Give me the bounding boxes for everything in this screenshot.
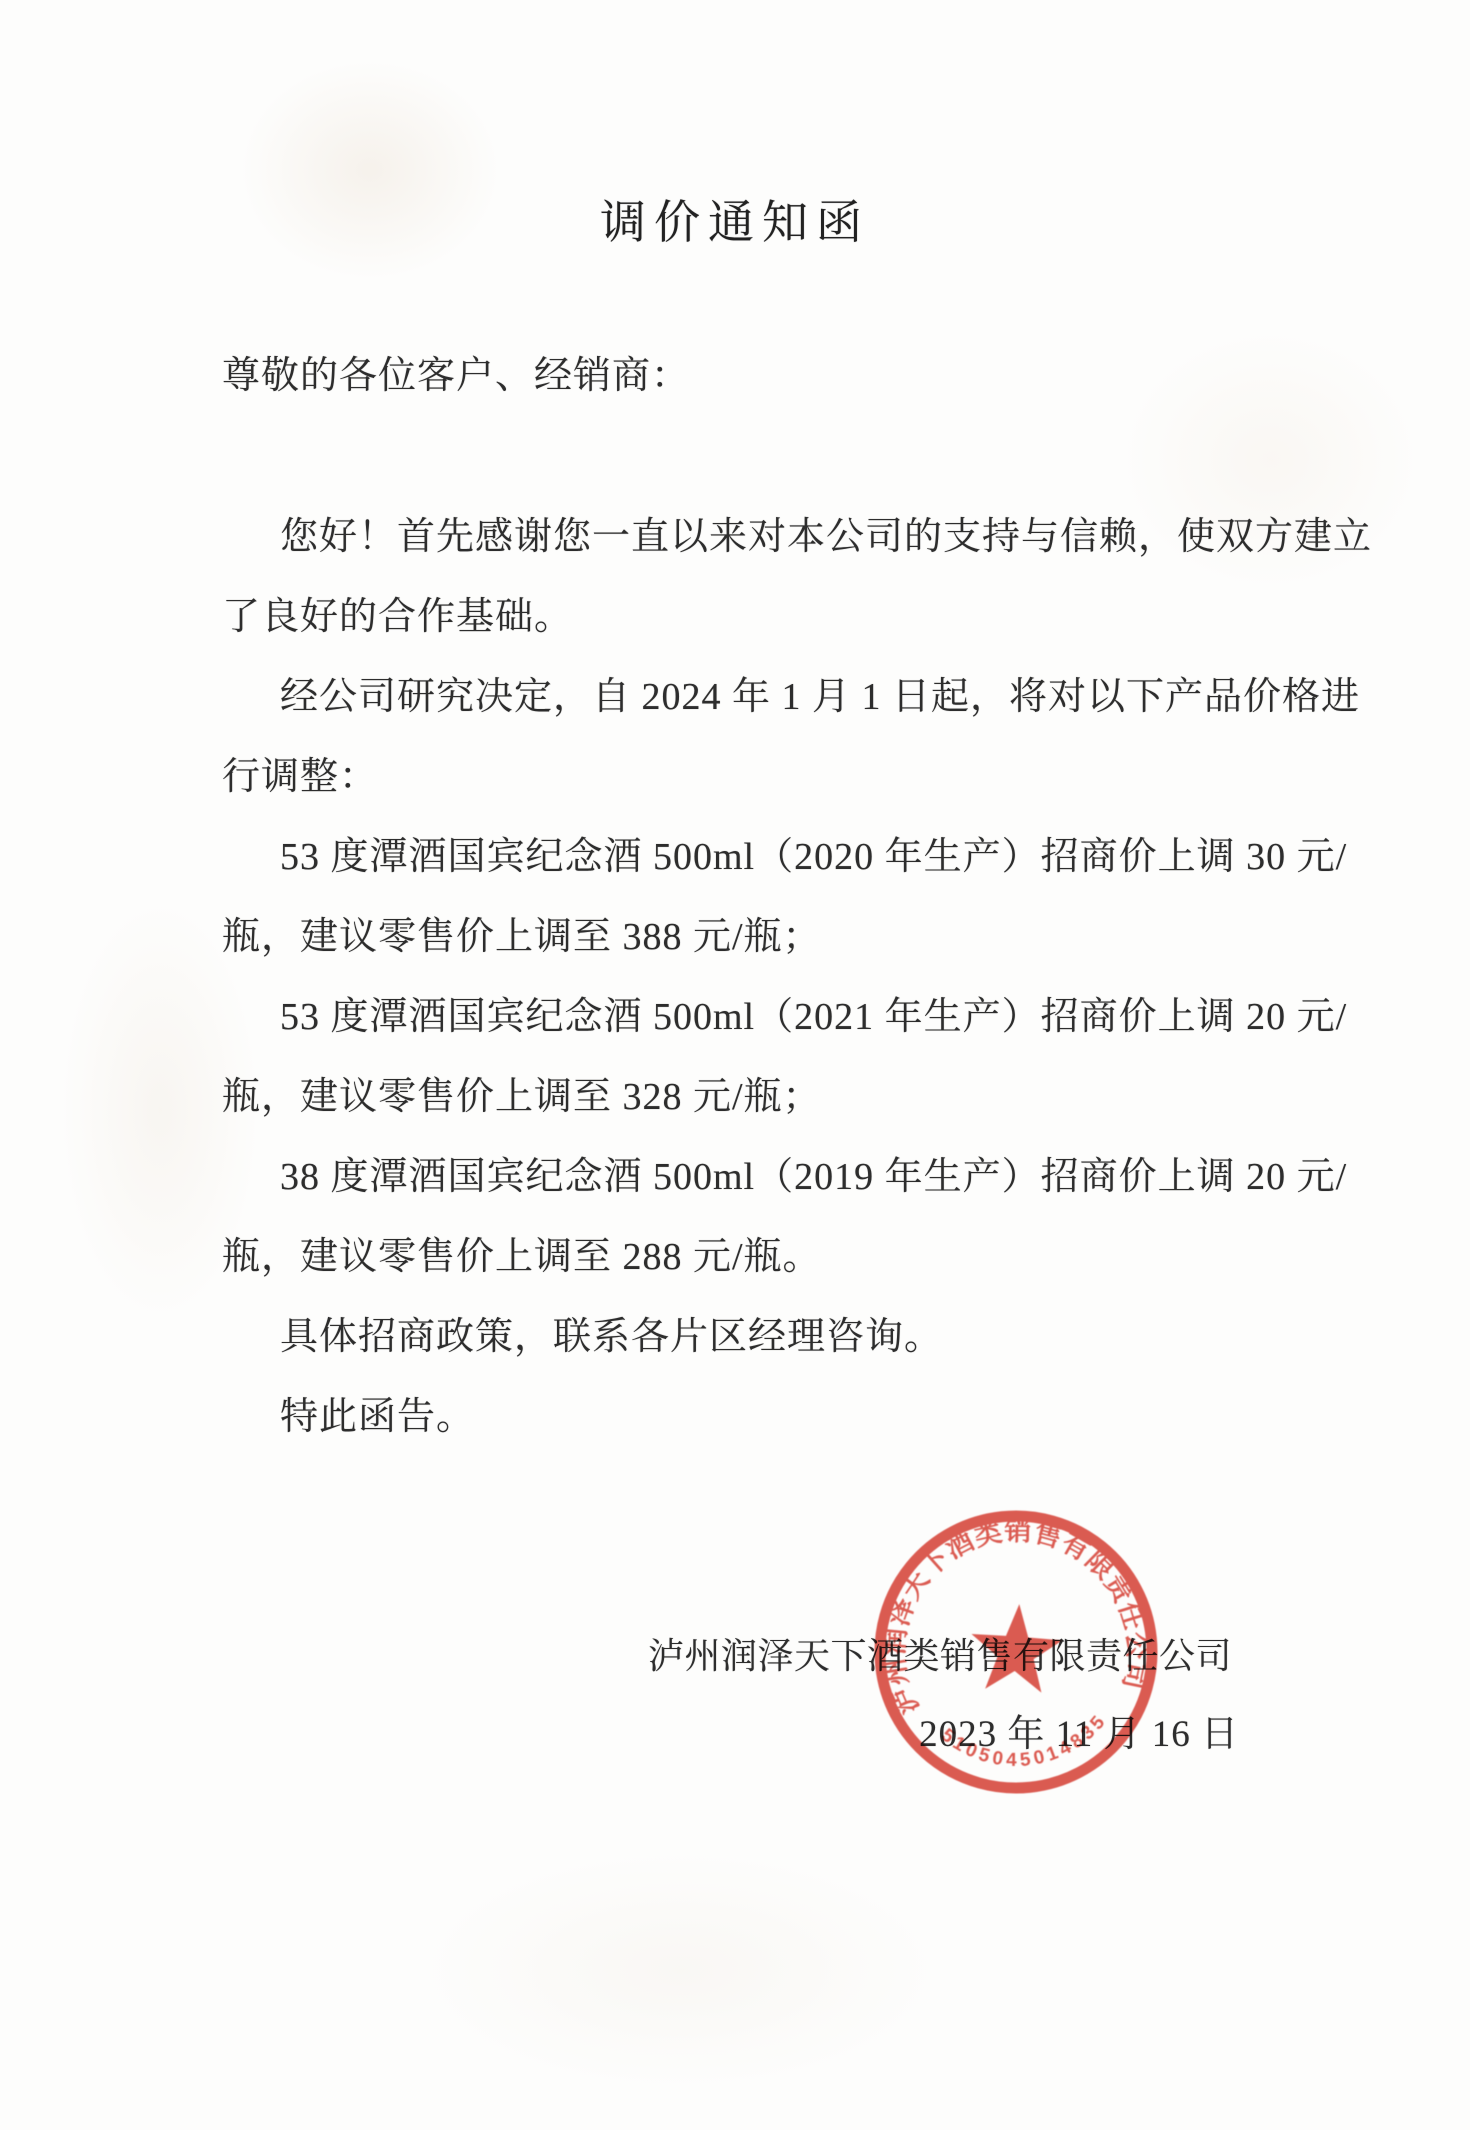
body-line: 瓶，建议零售价上调至 288 元/瓶。 xyxy=(222,1217,1262,1297)
body-line: 特此函告。 xyxy=(222,1377,1262,1457)
body-line: 了良好的合作基础。 xyxy=(222,577,1262,657)
seal-star xyxy=(969,1600,1068,1699)
scanned-letter-page: 调价通知函 尊敬的各位客户、经销商： 您好！首先感谢您一直以来对本公司的支持与信… xyxy=(0,0,1470,2130)
svg-text:泸州润泽天下酒类销售有限责任公司: 泸州润泽天下酒类销售有限责任公司 xyxy=(866,1502,1157,1720)
body-line: 行调整： xyxy=(222,737,1262,817)
body-line: 38 度潭酒国宾纪念酒 500ml（2019 年生产）招商价上调 20 元/ xyxy=(222,1137,1262,1217)
paper-smudge xyxy=(420,1850,940,2090)
body-line: 53 度潭酒国宾纪念酒 500ml（2021 年生产）招商价上调 20 元/ xyxy=(222,977,1262,1057)
body-line: 瓶，建议零售价上调至 328 元/瓶； xyxy=(222,1057,1262,1137)
body-line: 瓶，建议零售价上调至 388 元/瓶； xyxy=(222,897,1262,977)
salutation: 尊敬的各位客户、经销商： xyxy=(222,344,690,399)
company-seal-stamp: 泸州润泽天下酒类销售有限责任公司 5105045014835 xyxy=(866,1502,1166,1802)
body-line: 具体招商政策，联系各片区经理咨询。 xyxy=(222,1297,1262,1377)
body-line: 经公司研究决定，自 2024 年 1 月 1 日起，将对以下产品价格进 xyxy=(222,657,1262,737)
seal-company-name: 泸州润泽天下酒类销售有限责任公司 xyxy=(866,1502,1157,1720)
body-line: 53 度潭酒国宾纪念酒 500ml（2020 年生产）招商价上调 30 元/ xyxy=(222,817,1262,897)
document-title: 调价通知函 xyxy=(0,186,1470,252)
body-line: 您好！首先感谢您一直以来对本公司的支持与信赖，使双方建立 xyxy=(222,497,1262,577)
letter-body: 您好！首先感谢您一直以来对本公司的支持与信赖，使双方建立 了良好的合作基础。 经… xyxy=(222,497,1262,1457)
